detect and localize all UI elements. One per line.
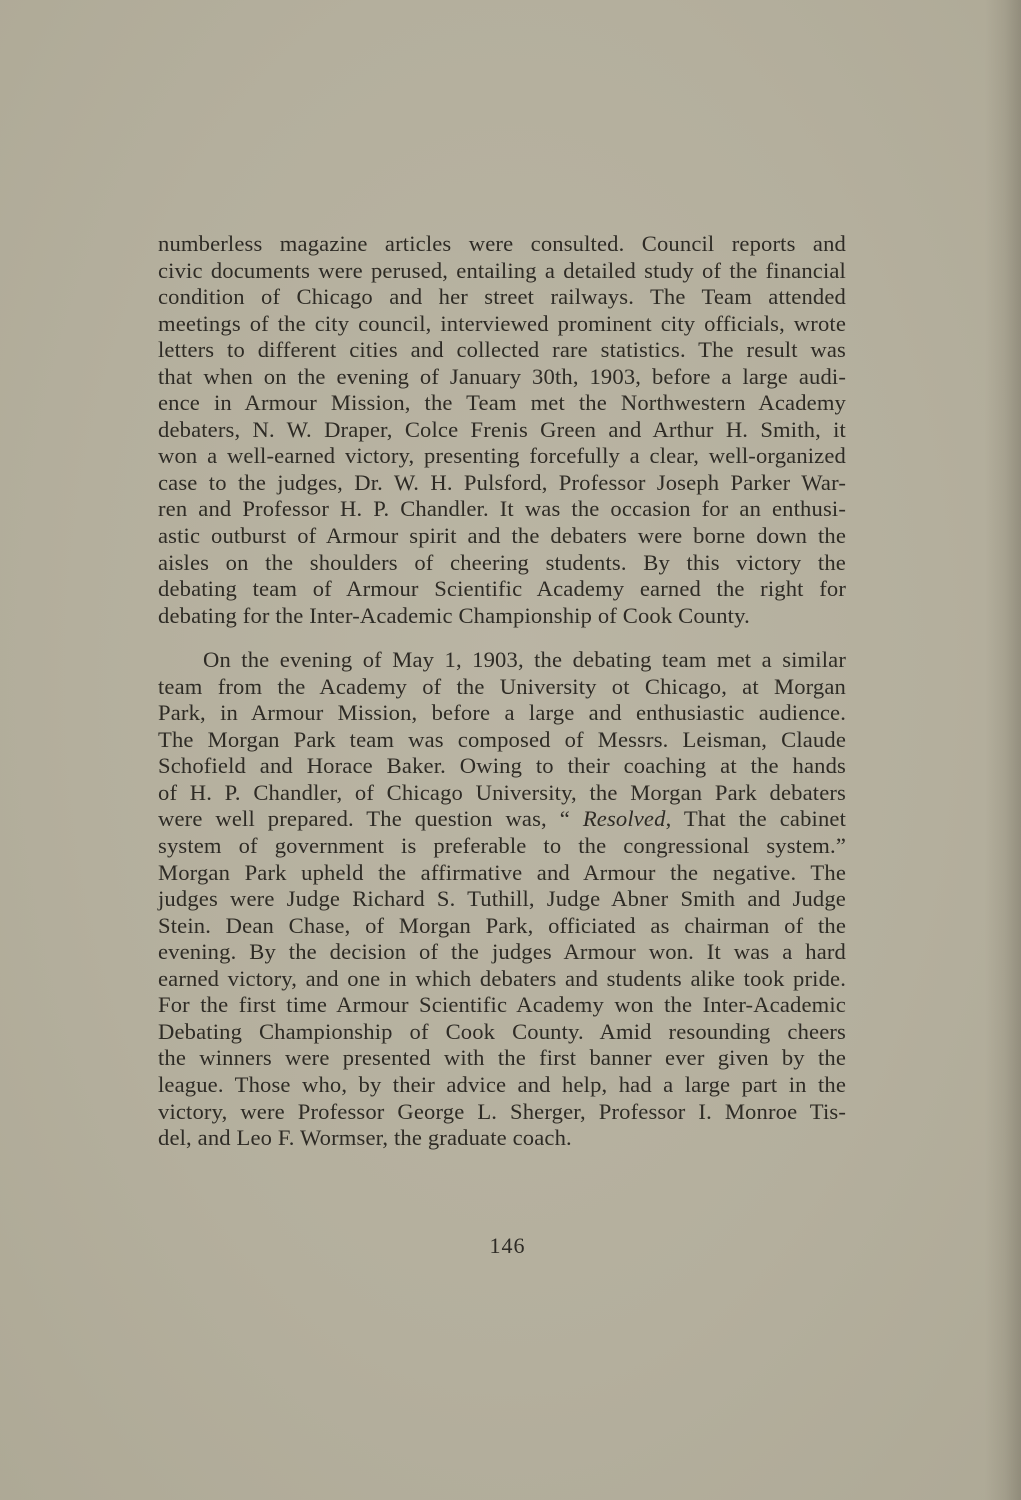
text-line: ence in Armour Mission, the Team met the…: [158, 390, 846, 417]
body-text: numberless magazine articles were consul…: [158, 231, 846, 1152]
paragraph-1: numberless magazine articles were consul…: [158, 231, 846, 629]
text-line: Stein. Dean Chase, of Morgan Park, offic…: [158, 913, 846, 940]
text-line: astic outburst of Armour spirit and the …: [158, 523, 846, 550]
text-line: won a well-earned victory, presenting fo…: [158, 443, 846, 470]
text-line: Schofield and Horace Baker. Owing to the…: [158, 753, 846, 780]
text-line: victory, were Professor George L. Sherge…: [158, 1099, 846, 1126]
text-line: system of government is preferable to th…: [158, 833, 846, 860]
paragraph-2: On the evening of May 1, 1903, the debat…: [158, 647, 846, 1151]
text-line: ren and Professor H. P. Chandler. It was…: [158, 496, 846, 523]
text-line: The Morgan Park team was composed of Mes…: [158, 727, 846, 754]
italic-word: Resolved: [583, 806, 666, 831]
text-line: team from the Academy of the University …: [158, 674, 846, 701]
text-line: civic documents were perused, entailing …: [158, 258, 846, 285]
text-line: that when on the evening of January 30th…: [158, 364, 846, 391]
page-number-text: 146: [490, 1233, 526, 1259]
text-line: For the first time Armour Scientific Aca…: [158, 992, 846, 1019]
text-line: of H. P. Chandler, of Chicago University…: [158, 780, 846, 807]
text-line: letters to different cities and collecte…: [158, 337, 846, 364]
text-line: del, and Leo F. Wormser, the graduate co…: [158, 1125, 846, 1152]
text-line: the winners were presented with the firs…: [158, 1045, 846, 1072]
text-line: Park, in Armour Mission, before a large …: [158, 700, 846, 727]
text-line: meetings of the city council, interviewe…: [158, 311, 846, 338]
text-line: debating team of Armour Scientific Acade…: [158, 576, 846, 603]
text-line: were well prepared. The question was, “ …: [158, 806, 846, 833]
text-line: league. Those who, by their advice and h…: [158, 1072, 846, 1099]
text-line: case to the judges, Dr. W. H. Pulsford, …: [158, 470, 846, 497]
scanned-book-page: numberless magazine articles were consul…: [0, 0, 1021, 1500]
text-line: On the evening of May 1, 1903, the debat…: [158, 647, 846, 674]
text-line: condition of Chicago and her street rail…: [158, 284, 846, 311]
text-line: judges were Judge Richard S. Tuthill, Ju…: [158, 886, 846, 913]
page-number: 146: [0, 1233, 1021, 1259]
text-line: evening. By the decision of the judges A…: [158, 939, 846, 966]
text-line: debaters, N. W. Draper, Colce Frenis Gre…: [158, 417, 846, 444]
text-line: aisles on the shoulders of cheering stud…: [158, 550, 846, 577]
text-line: earned victory, and one in which debater…: [158, 966, 846, 993]
text-line: debating for the Inter-Academic Champion…: [158, 603, 846, 630]
text-line: Morgan Park upheld the affirmative and A…: [158, 860, 846, 887]
text-line: numberless magazine articles were consul…: [158, 231, 846, 258]
text-line: Debating Championship of Cook County. Am…: [158, 1019, 846, 1046]
